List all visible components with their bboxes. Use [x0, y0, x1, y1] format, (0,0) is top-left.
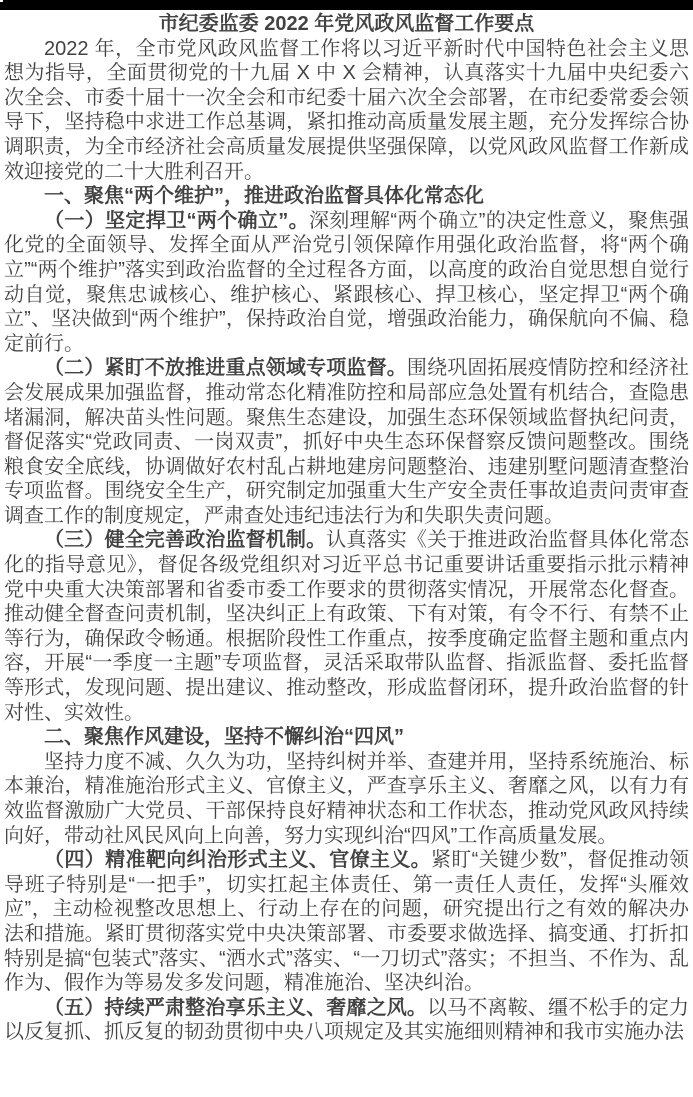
section-heading: 一、聚焦“两个维护”，推进政治监督具体化常态化	[4, 184, 689, 209]
paragraph: （三）健全完善政治监督机制。认真落实《关于推进政治监督具体化常态化的指导意见》，…	[4, 528, 689, 725]
paragraph-lead: （四）精准靶向纠治形式主义、官僚主义。	[44, 849, 431, 871]
paragraph: 2022 年，全市党风政风监督工作将以习近平新时代中国特色社会主义思想为指导，全…	[4, 37, 689, 185]
paragraph: （五）持续严肃整治享乐主义、奢靡之风。以马不离鞍、缰不松手的定力以反复抓、抓反复…	[4, 996, 689, 1045]
paragraph-lead: （一）坚定捍卫“两个确立”。	[44, 210, 309, 232]
top-black-bar	[0, 0, 693, 10]
paragraph-lead: （三）健全完善政治监督机制。	[44, 529, 326, 551]
section-heading: 二、聚焦作风建设，坚持不懈纠治“四风”	[4, 725, 689, 750]
paragraph-lead: （二）紧盯不放推进重点领域专项监督。	[44, 357, 407, 379]
document-body: 2022 年，全市党风政风监督工作将以习近平新时代中国特色社会主义思想为指导，全…	[4, 37, 689, 1045]
top-bar-speck	[0, 0, 3, 2]
paragraph-lead: （五）持续严肃整治享乐主义、奢靡之风。	[44, 997, 427, 1019]
paragraph: （一）坚定捍卫“两个确立”。深刻理解“两个确立”的决定性意义，聚焦强化党的全面领…	[4, 209, 689, 357]
paragraph: （二）紧盯不放推进重点领域专项监督。围绕巩固拓展疫情防控和经济社会发展成果加强监…	[4, 356, 689, 528]
paragraph: （四）精准靶向纠治形式主义、官僚主义。紧盯“关键少数”，督促推动领导班子特别是“…	[4, 848, 689, 996]
document-title: 市纪委监委 2022 年党风政风监督工作要点	[4, 12, 689, 37]
document-content: 市纪委监委 2022 年党风政风监督工作要点 2022 年，全市党风政风监督工作…	[0, 10, 693, 1045]
paragraph: 坚持力度不减、久久为功，坚持纠树并举、查建并用，坚持系统施治、标本兼治，精准施治…	[4, 750, 689, 848]
